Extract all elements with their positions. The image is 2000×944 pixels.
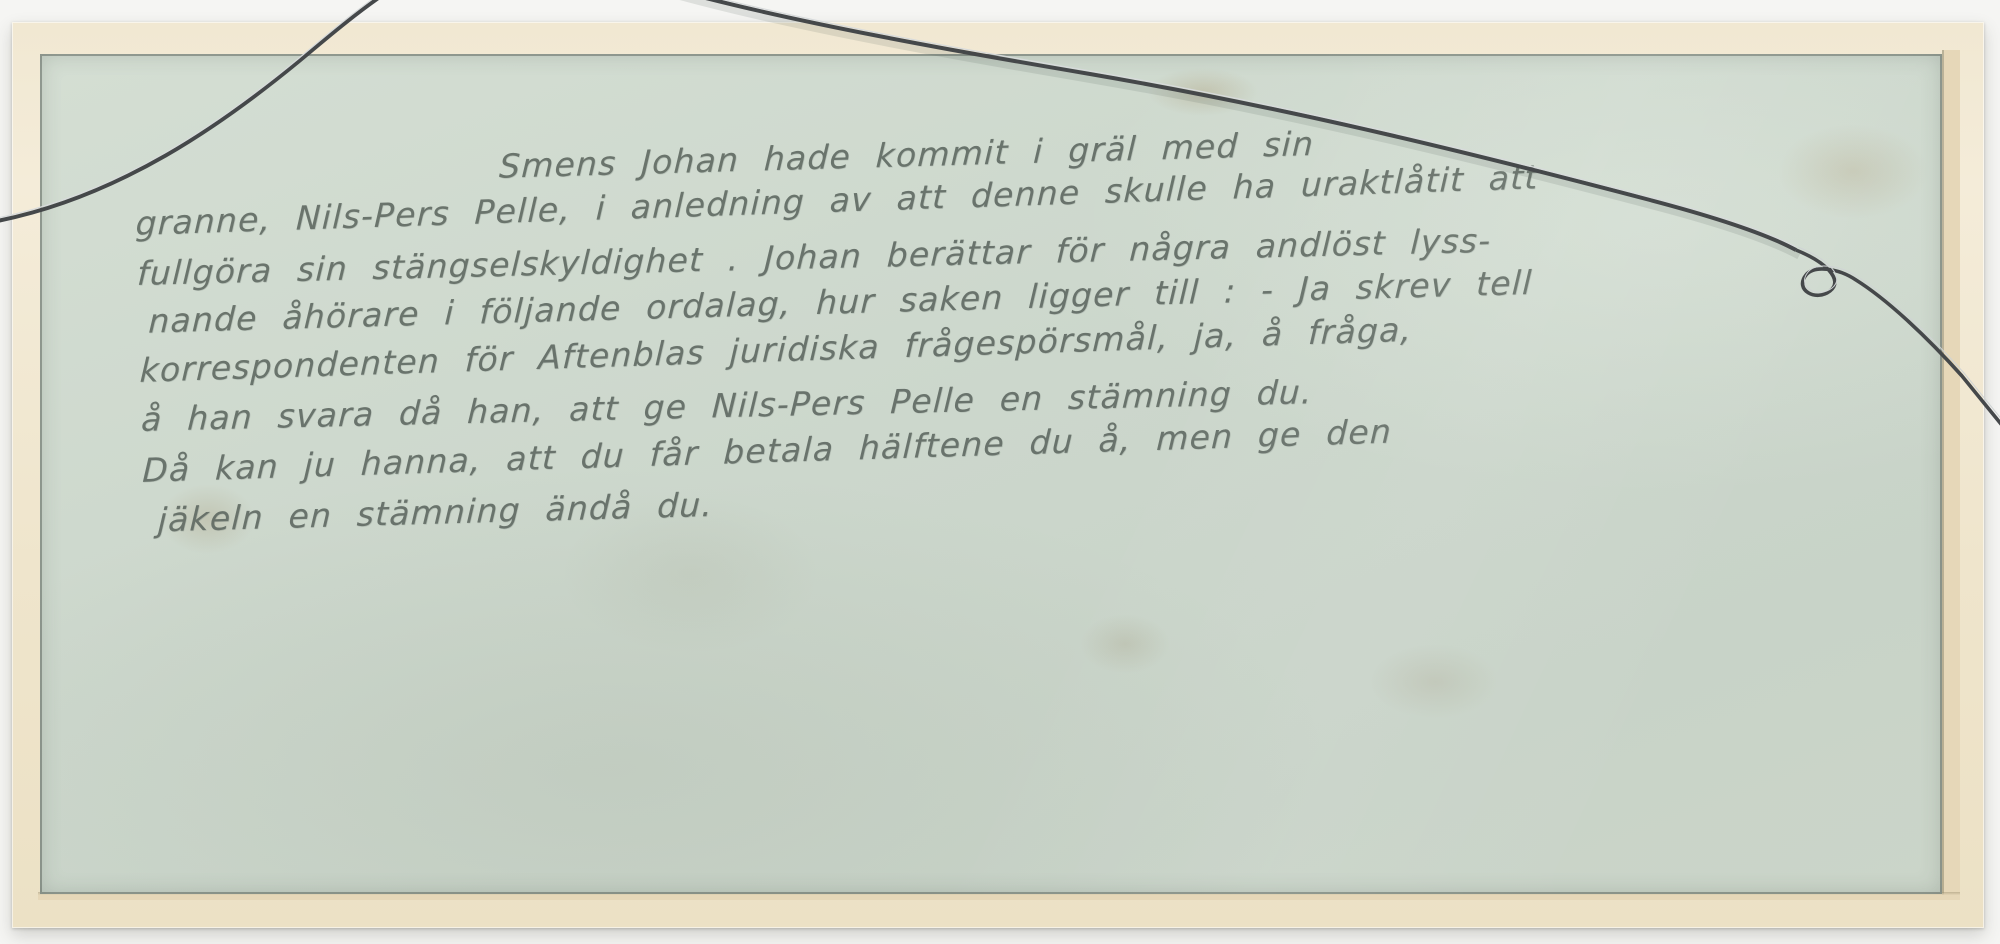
paper-stain (1370, 644, 1500, 719)
manuscript-paper: Smens Johan hade kommit i gräl med sin g… (40, 54, 1942, 894)
framed-manuscript-photo: Smens Johan hade kommit i gräl med sin g… (0, 0, 2000, 944)
paper-stain (1148, 68, 1258, 116)
handwritten-text-block: Smens Johan hade kommit i gräl med sin g… (132, 98, 1992, 542)
paper-stain (1080, 614, 1170, 674)
picture-frame: Smens Johan hade kommit i gräl med sin g… (12, 22, 1984, 928)
